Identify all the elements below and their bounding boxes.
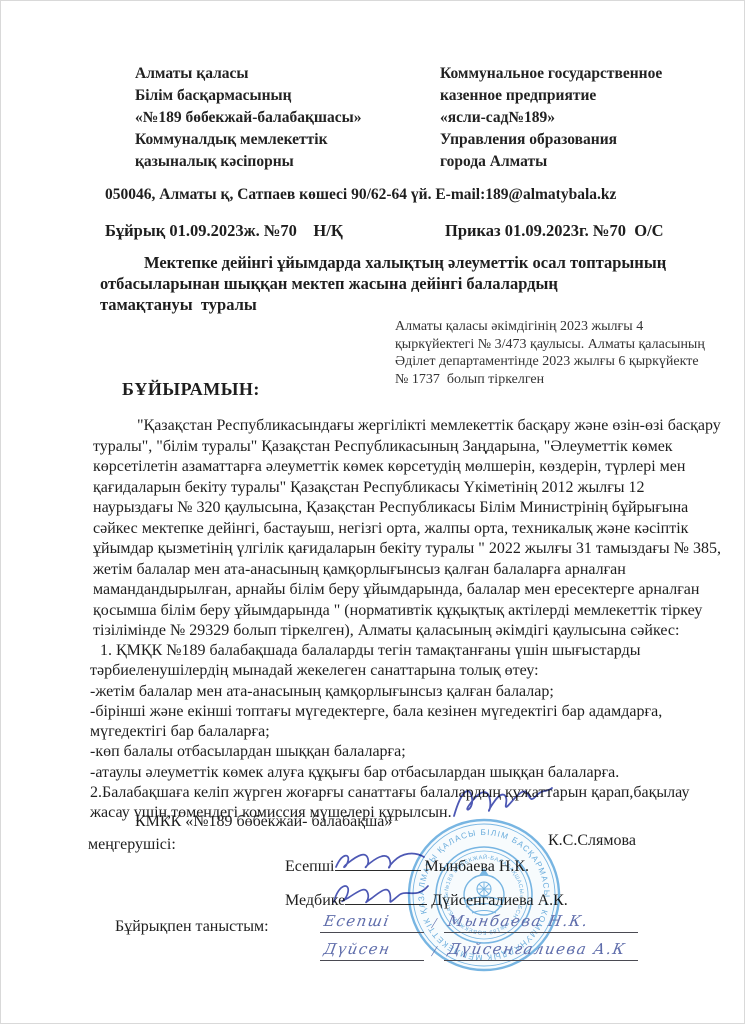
order-item: -бірінші және екінші топтағы мүгедектерг… xyxy=(90,702,728,743)
order-number-ru: Приказ 01.09.2023г. №70 О/С xyxy=(445,221,664,241)
handwritten-name: Мынбаева Н.К. xyxy=(447,912,591,930)
order-items: 1. ҚМҚК №189 балабақшада балаларды тегін… xyxy=(90,641,728,824)
acknowledged-label: Бұйрықпен таныстым: xyxy=(115,918,269,936)
slash-separator: / xyxy=(430,916,439,933)
order-title-line: тамақтануы туралы xyxy=(100,294,700,315)
registration-note: Алматы қаласы әкімдігінің 2023 жылғы 4 қ… xyxy=(395,318,713,388)
scanned-order-document: Алматы қаласы Білім басқармасының «№189 … xyxy=(0,0,745,1024)
handwritten-row: Есепші / Мынбаева Н.К. xyxy=(320,912,638,933)
order-item: -жетім балалар мен ата-анасының қамқорлы… xyxy=(90,682,728,702)
letterhead-ru-line: «ясли-сад№189» xyxy=(440,107,725,129)
letterhead-kk-line: қазыналық кәсіпорны xyxy=(135,151,435,173)
nurse-signature-icon xyxy=(330,876,432,910)
order-title-line: отбасыларынан шыққан мектеп жасына дейін… xyxy=(100,273,700,294)
letterhead-kk-line: Коммуналдық мемлекеттік xyxy=(135,129,435,151)
accountant-label: Есепші xyxy=(285,858,335,875)
director-signature-icon xyxy=(448,780,558,824)
accountant-signature-icon xyxy=(332,843,428,875)
letterhead-ru-line: Управления образования xyxy=(440,129,725,151)
order-item: -атаулы әлеуметтік көмек алуға құқығы ба… xyxy=(90,763,728,783)
handwritten-name: Дүйсенгалиева А.К xyxy=(447,940,628,958)
preamble-paragraph: "Қазақстан Республикасындағы жергілікті … xyxy=(93,416,723,642)
letterhead-ru-line: Коммунальное государственное xyxy=(440,63,725,85)
handwritten-role: Дүйсен xyxy=(322,940,392,958)
letterhead-kk-line: Алматы қаласы xyxy=(135,63,435,85)
order-item: 1. ҚМҚК №189 балабақшада балаларды тегін… xyxy=(90,641,728,682)
letterhead-kk-line: Білім басқармасының xyxy=(135,85,435,107)
order-item: -көп балалы отбасылардан шыққан балаларғ… xyxy=(90,742,728,762)
resolve-heading: БҰЙЫРАМЫН: xyxy=(122,379,260,400)
letterhead-ru-line: казенное предприятие xyxy=(440,85,725,107)
letterhead-kk-line: «№189 бөбекжай-балабақшасы» xyxy=(135,107,435,129)
address-line: 050046, Алматы қ, Сатпаев көшесі 90/62-6… xyxy=(105,186,725,204)
slash-separator: / xyxy=(430,944,439,961)
order-title-line: Мектепке дейінгі ұйымдарда халықтың әлеу… xyxy=(100,252,700,273)
handwritten-row: Дүйсен / Дүйсенгалиева А.К xyxy=(320,940,638,961)
order-number-kk: Бұйрық 01.09.2023ж. №70 Н/Қ xyxy=(105,221,343,241)
letterhead-ru-line: города Алматы xyxy=(440,151,725,173)
letterhead-kk: Алматы қаласы Білім басқармасының «№189 … xyxy=(135,63,435,173)
letterhead-ru: Коммунальное государственное казенное пр… xyxy=(440,63,725,173)
order-title: Мектепке дейінгі ұйымдарда халықтың әлеу… xyxy=(100,252,700,315)
handwritten-role: Есепші xyxy=(322,912,391,930)
